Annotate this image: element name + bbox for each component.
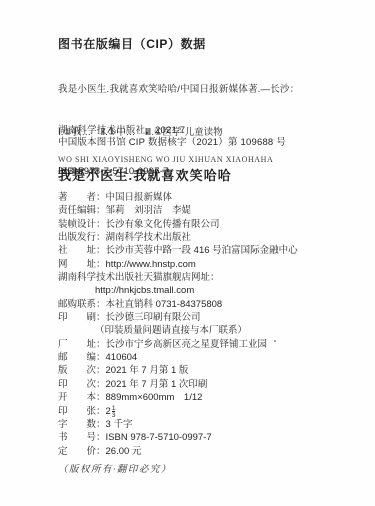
row-label: 装帧设计： — [58, 218, 106, 231]
row-value: 长沙德三印刷有限公司 — [106, 312, 201, 323]
row-label: 著 者： — [58, 191, 106, 204]
colophon-row-isbn: 书 号：ISBN 978-7-5710-0997-7 — [58, 431, 358, 444]
sheets-whole: 2 — [106, 406, 111, 417]
row-value: 长沙有象文化传播有限公司 — [106, 219, 220, 230]
row-label: 字 数： — [58, 418, 106, 431]
row-value: 长沙市芙蓉中路一段 416 号泊富国际金融中心 — [106, 245, 298, 256]
sheets-fraction: 13 — [112, 406, 116, 419]
colophon-row-publisher: 出版发行：湖南科学技术出版社 — [58, 231, 358, 244]
colophon-row-format: 开 本：889mm×600mm 1/12 — [58, 391, 358, 404]
row-label: 邮 编： — [58, 351, 106, 364]
row-label: 社 址： — [58, 244, 106, 257]
row-value: 410604 — [106, 352, 138, 363]
colophon-row-edition: 版 次：2021 年 7 月第 1 版 — [58, 364, 358, 377]
row-label: 印 刷： — [58, 311, 106, 324]
colophon-row-mailorder: 邮购联系：本社直销科 0731-84375808 — [58, 298, 358, 311]
fraction-numerator: 1 — [112, 406, 116, 412]
colophon-block: 著 者：中国日报新媒体 责任编辑：邹莉 刘羽洁 李媞 装帧设计：长沙有象文化传播… — [58, 191, 358, 458]
row-label: 印 张： — [58, 405, 106, 418]
colophon-row-postcode: 邮 编：410604 — [58, 351, 358, 364]
row-label: 定 价： — [58, 445, 106, 458]
row-label: 版 次： — [58, 364, 106, 377]
colophon-row-design: 装帧设计：长沙有象文化传播有限公司 — [58, 218, 358, 231]
scan-speck-artifact — [274, 340, 276, 342]
cip-registry-line: 中国版本图书馆 CIP 数据核字（2021）第 109688 号 — [58, 134, 286, 148]
colophon-row-editor: 责任编辑：邹莉 刘羽洁 李媞 — [58, 204, 358, 217]
row-value: 2021 年 7 月第 1 版 — [106, 365, 189, 376]
row-label: 开 本： — [58, 391, 106, 404]
row-label: 厂 址： — [58, 338, 106, 351]
row-value: http://www.hnstp.com — [106, 259, 196, 270]
row-value: 中国日报新媒体 — [106, 192, 173, 203]
colophon-row-price: 定 价：26.00 元 — [58, 445, 358, 458]
cip-header: 图书在版编目（CIP）数据 — [58, 35, 206, 52]
colophon-row-tmall-url: http://hnkjcbs.tmall.com — [58, 284, 358, 297]
fraction-denominator: 3 — [112, 411, 116, 418]
colophon-row-website: 网 址：http://www.hnstp.com — [58, 258, 358, 271]
row-value: ISBN 978-7-5710-0997-7 — [106, 432, 212, 443]
row-value: 邹莉 刘羽洁 李媞 — [106, 205, 192, 216]
row-value: 本社直销科 0731-84375808 — [106, 299, 223, 310]
row-value: 889mm×600mm 1/12 — [106, 392, 203, 403]
row-value: 3 千字 — [106, 419, 133, 430]
row-label: 印 次： — [58, 378, 106, 391]
colophon-row-tmall-caption: 湖南科学技术出版社天猫旗舰店网址： — [58, 271, 358, 284]
colophon-row-address: 社 址：长沙市芙蓉中路一段 416 号泊富国际金融中心 — [58, 244, 358, 257]
colophon-row-author: 著 者：中国日报新媒体 — [58, 191, 358, 204]
row-label: 邮购联系： — [58, 298, 106, 311]
colophon-row-quality-note: （印装质量问题请直接与本厂联系） — [58, 324, 358, 337]
row-label: 书 号： — [58, 431, 106, 444]
colophon-row-printed-sheets: 印 张：213 — [58, 405, 358, 418]
row-label: 责任编辑： — [58, 204, 106, 217]
row-value: 湖南科学技术出版社 — [106, 232, 192, 243]
copyright-notice: （版权所有·翻印必究） — [58, 461, 172, 475]
colophon-row-wordcount: 字 数：3 千字 — [58, 418, 358, 431]
row-value: 2021 年 7 月第 1 次印刷 — [106, 379, 208, 390]
cip-record-line-1: 我是小医生.我就喜欢笑哈哈/中国日报新媒体著.—长沙： — [58, 83, 299, 97]
row-label: 出版发行： — [58, 231, 106, 244]
colophon-row-factory-address: 厂 址：长沙市宁乡高新区亮之星夏铎铺工业园 — [58, 338, 358, 351]
row-value: 长沙市宁乡高新区亮之星夏铎铺工业园 — [106, 339, 268, 350]
colophon-row-printer: 印 刷：长沙德三印刷有限公司 — [58, 311, 358, 324]
row-label: 网 址： — [58, 258, 106, 271]
title-pinyin: WO SHI XIAOYISHENG WO JIU XIHUAN XIAOHAH… — [58, 155, 273, 164]
book-title: 我是小医生.我就喜欢笑哈哈 — [58, 165, 232, 184]
classification-block: Ⅰ.①我… Ⅱ.①中… Ⅲ.①医学-儿童读物 Ⅳ.①R-49 — [58, 99, 223, 205]
cip-copyright-page: 图书在版编目（CIP）数据 我是小医生.我就喜欢笑哈哈/中国日报新媒体著.—长沙… — [0, 0, 375, 506]
colophon-row-impression: 印 次：2021 年 7 月第 1 次印刷 — [58, 378, 358, 391]
row-value: 26.00 元 — [106, 446, 142, 457]
